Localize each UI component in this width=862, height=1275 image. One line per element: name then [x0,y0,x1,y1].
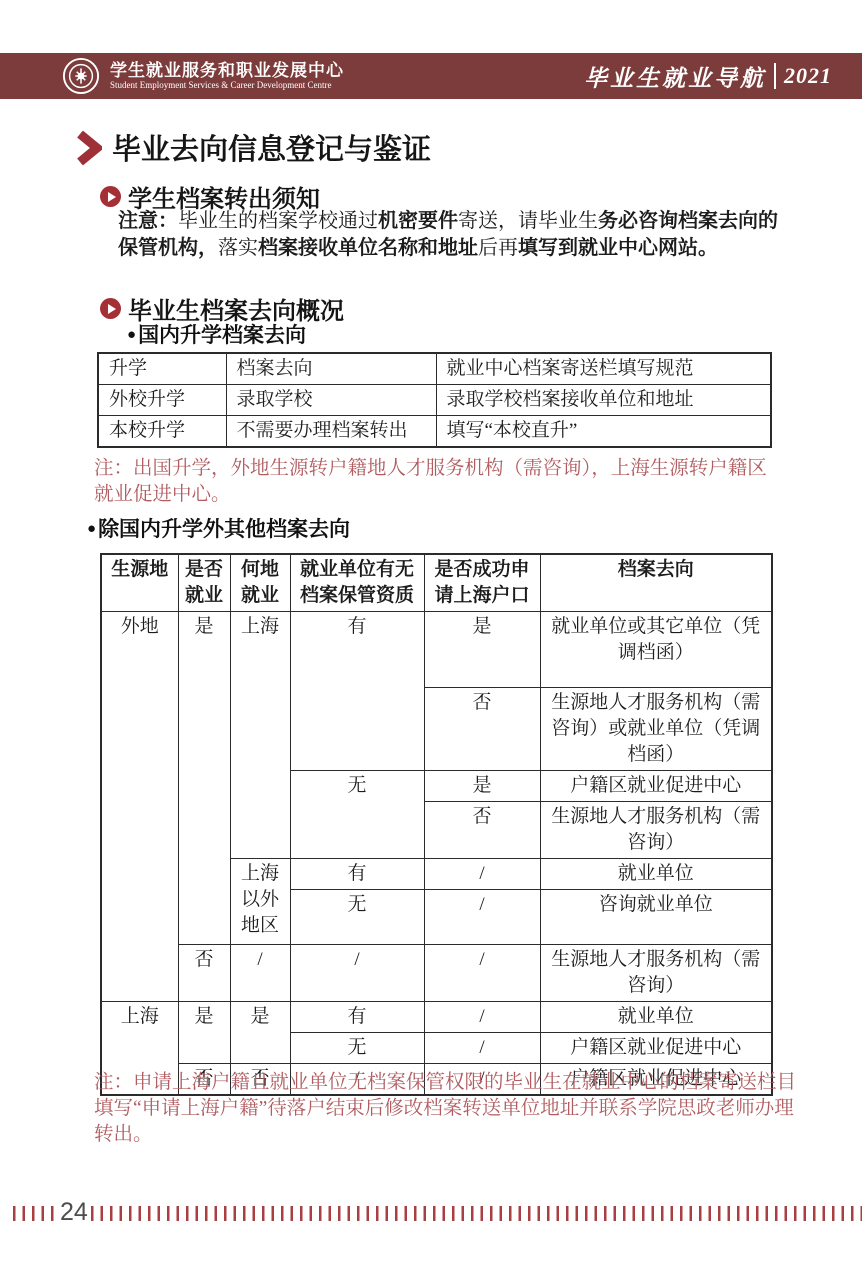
cell: 是 [424,771,540,802]
page-title-block: 毕业去向信息登记与鉴证 [76,127,431,168]
cell: 否 [424,802,540,859]
other-archive-table: 生源地 是否就业 何地就业 就业单位有无档案保管资质 是否成功申请上海户口 档案… [100,553,773,1096]
header-cell: 档案去向 [540,554,772,612]
university-seal-logo [62,57,100,95]
cell: 生源地人才服务机构（需咨询） [540,802,772,859]
cell: 户籍区就业促进中心 [540,1033,772,1064]
banner-slogan: 毕业生就业导航 2021 [584,60,832,93]
cell: 有 [290,612,424,771]
cell: 不需要办理档案转出 [226,416,436,448]
chevron-right-icon [76,131,102,165]
table-row: 外地 是 上海 有 是 就业单位或其它单位（凭调档函） [101,612,772,688]
cell: / [424,1033,540,1064]
domestic-archive-table: 升学 档案去向 就业中心档案寄送栏填写规范 外校升学 录取学校 录取学校档案接收… [97,352,772,448]
cell: 咨询就业单位 [540,890,772,945]
play-bullet-icon [100,298,121,319]
brand-block: 学生就业服务和职业发展中心 Student Employment Service… [62,57,344,95]
cell: 生源地人才服务机构（需咨询） [540,945,772,1002]
cell: / [424,1002,540,1033]
subsection-domestic: ● 国内升学档案去向 [127,319,306,349]
page-title: 毕业去向信息登记与鉴证 [112,127,431,168]
table-row: 外校升学 录取学校 录取学校档案接收单位和地址 [98,385,771,416]
cell: 无 [290,890,424,945]
cell: 是 [178,1002,230,1064]
cell: 生源地人才服务机构（需咨询）或就业单位（凭调档函） [540,688,772,771]
banner-divider [774,63,776,89]
notice-seg: 注意： [118,210,178,232]
document-page: 学生就业服务和职业发展中心 Student Employment Service… [0,0,862,1275]
header-cell: 就业单位有无档案保管资质 [290,554,424,612]
banner-year: 2021 [784,63,832,89]
table-row: 升学 档案去向 就业中心档案寄送栏填写规范 [98,353,771,385]
cell: 上海以外地区 [230,859,290,945]
cell: 外校升学 [98,385,226,416]
red-note-hukou: 注：申请上海户籍且就业单位无档案保管权限的毕业生在就业中心的档案寄送栏目填写“申… [94,1070,802,1148]
cell: 填写“本校直升” [436,416,771,448]
notice-seg: 毕业生的档案学校通过 [178,210,378,232]
subsection2-title: 除国内升学外其他档案去向 [98,513,350,543]
cell: / [230,945,290,1002]
table-row: 否 / / / 生源地人才服务机构（需咨询） [101,945,772,1002]
notice-seg: 档案接收单位名称和地址 [258,237,478,259]
table-row: 本校升学 不需要办理档案转出 填写“本校直升” [98,416,771,448]
cell: 是 [424,612,540,688]
cell: 录取学校 [226,385,436,416]
cell: 录取学校档案接收单位和地址 [436,385,771,416]
notice-seg: 填写到就业中心网站。 [518,237,718,259]
header-cell: 何地就业 [230,554,290,612]
cell: 升学 [98,353,226,385]
cell: / [290,945,424,1002]
cell: 就业单位 [540,859,772,890]
cell: / [424,945,540,1002]
notice-paragraph: 注意：毕业生的档案学校通过机密要件寄送，请毕业生务必咨询档案去向的保管机构，落实… [118,208,794,262]
cell: 本校升学 [98,416,226,448]
dot-bullet-icon: ● [127,327,136,342]
subsection-other: ● 除国内升学外其他档案去向 [87,513,350,543]
subsection1-title: 国内升学档案去向 [138,319,306,349]
cell: 外地 [101,612,178,1002]
cell: 否 [424,688,540,771]
cell: 有 [290,1002,424,1033]
org-name-en: Student Employment Services & Career Dev… [110,80,344,91]
red-note-domestic: 注：出国升学，外地生源转户籍地人才服务机构（需咨询），上海生源转户籍区就业促进中… [94,456,786,508]
notice-seg: 落实 [218,237,258,259]
tick-marks-left [13,1206,57,1221]
page-footer: 24 [0,1198,862,1228]
org-name: 学生就业服务和职业发展中心 Student Employment Service… [110,61,344,91]
cell: 户籍区就业促进中心 [540,771,772,802]
cell: 否 [178,945,230,1002]
cell: / [424,890,540,945]
cell: 就业单位或其它单位（凭调档函） [540,612,772,688]
tick-marks-right [91,1206,862,1221]
header-banner: 学生就业服务和职业发展中心 Student Employment Service… [0,53,862,99]
cell: 是 [230,1002,290,1064]
cell: 无 [290,1033,424,1064]
header-cell: 生源地 [101,554,178,612]
cell: / [424,859,540,890]
play-bullet-icon [100,186,121,207]
notice-seg: 机密要件 [378,210,458,232]
notice-seg: 寄送，请毕业生 [458,210,598,232]
table-row: 上海 是 是 有 / 就业单位 [101,1002,772,1033]
cell: 有 [290,859,424,890]
cell: 上海 [230,612,290,859]
header-cell: 是否成功申请上海户口 [424,554,540,612]
org-name-cn: 学生就业服务和职业发展中心 [110,61,344,80]
cell: 无 [290,771,424,859]
banner-title: 毕业生就业导航 [584,60,766,93]
cell: 就业中心档案寄送栏填写规范 [436,353,771,385]
page-number: 24 [60,1198,88,1227]
cell: 就业单位 [540,1002,772,1033]
cell: 是 [178,612,230,945]
dot-bullet-icon: ● [87,521,96,536]
cell: 档案去向 [226,353,436,385]
header-cell: 是否就业 [178,554,230,612]
notice-seg: 后再 [478,237,518,259]
table-header-row: 生源地 是否就业 何地就业 就业单位有无档案保管资质 是否成功申请上海户口 档案… [101,554,772,612]
